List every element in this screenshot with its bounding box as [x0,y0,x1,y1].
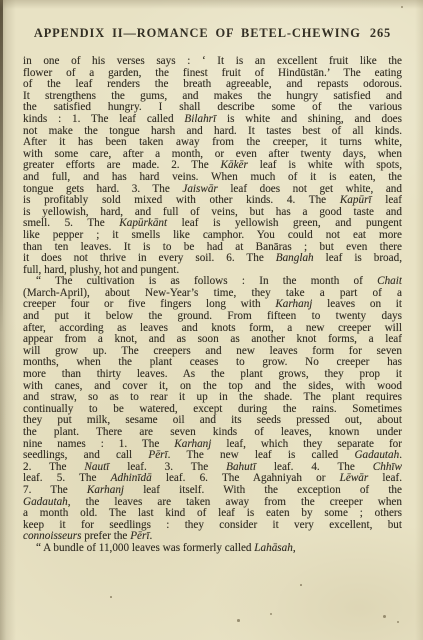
italic-term: Kapūrkānt [119,218,167,229]
text-line: is yellowish, hard, and full of veins, b… [23,207,402,219]
italic-term: connoisseurs [23,531,81,542]
italic-term: Adhinīdā [111,473,152,484]
text-segment: creeper four or five fingers long with [23,299,275,310]
text-line: smell. 5. The Kapūrkānt leaf is yellowis… [23,218,402,230]
text-segment: leaf itself. With the exception of the [124,485,402,496]
text-segment: leaf [372,195,402,206]
text-segment: . [399,450,402,461]
text-segment: , [293,543,296,554]
text-segment: prefer the [81,531,130,542]
text-line: is profitably sold mixed with other kind… [23,195,402,207]
text-line: “ The cultivation is as follows : In the… [23,276,402,288]
text-segment: flower of a garden, the finest fruit of … [23,68,402,79]
text-line: keep it for seedlings : they consider it… [23,520,402,532]
text-segment: it does not thrive in every soil. 6. The [23,253,276,264]
text-segment: “ The cultivation is as follows : In the… [36,276,377,287]
text-segment: like pepper ; it smells like camphor. Yo… [23,230,402,241]
text-line: the satisfied hungry. I shall describe s… [23,102,402,114]
text-line: like pepper ; it smells like camphor. Yo… [23,230,402,242]
italic-term: Gadautah [23,497,68,508]
text-segment: leaf is yellowish green, and pungent [167,218,402,229]
text-line: 7. The Karhanj leaf itself. With the exc… [23,485,402,497]
text-segment: leaf is white with spots, [248,160,402,171]
text-segment: keep it for seedlings : they consider it… [23,520,402,531]
text-line: nine names : 1. The Karhanj leaf, which … [23,439,402,451]
paragraph: “ A bundle of 11,000 leaves was formerly… [23,543,402,555]
text-segment: smell. 5. The [23,218,119,229]
text-line: It strengthens the gums, and makes the h… [23,91,402,103]
header-title: APPENDIX II—ROMANCE OF BETEL-CHEWING [34,26,361,41]
text-line: in one of his verses says : ‘ It is an e… [23,56,402,68]
text-line: not make the tongue harsh and hard. It t… [23,126,402,138]
text-line: seedlings, and call Pērī. The new leaf i… [23,450,402,462]
text-line: will grow up. The creepers and new leave… [23,346,402,358]
italic-term: Karhanj [275,299,312,310]
text-line: more than thirty leaves. As the plant gr… [23,369,402,381]
text-line: months, when the plant ceases to grow. N… [23,357,402,369]
italic-term: Pērī [130,531,149,542]
page-edge-shadow-right [415,0,423,640]
text-segment: “ A bundle of 11,000 leaves was formerly… [36,543,254,554]
text-line: connoisseurs prefer the Pērī. [23,531,402,543]
running-header: APPENDIX II—ROMANCE OF BETEL-CHEWING 265 [23,26,402,41]
page-edge-shadow-top [0,0,423,9]
page-binding-edge-line [0,0,3,333]
text-segment: tongue gets hard. 3. The [23,184,182,195]
text-segment: with some care, after a month, or even a… [23,149,402,160]
text-segment: seedlings, and call [23,450,148,461]
text-segment: . The new leaf is called [168,450,355,461]
italic-term: Lahāsah [254,543,293,554]
text-line: 2. The Nautī leaf. 3. The Bahutī leaf. 4… [23,462,402,474]
text-segment: is profitably sold mixed with other kind… [23,195,340,206]
text-line: the plant. There are seven kinds of leav… [23,427,402,439]
text-segment: in one of his verses says : ‘ It is an e… [23,56,402,67]
italic-term: Kapūrī [340,195,372,206]
text-segment: 7. The [23,485,87,496]
text-line: after, according as leaves and knots for… [23,323,402,335]
text-line: leaf. 5. The Adhinīdā leaf. 6. The Agahn… [23,473,402,485]
italic-term: Bilahrī [184,114,216,125]
text-segment: . [149,531,152,542]
text-segment: (March-April), about New-Year’s time, th… [23,288,402,299]
text-segment: leaf. 6. The Agahniyah or [152,473,340,484]
text-segment: with canes, and cover it, on the top and… [23,381,402,392]
paper-speck [270,613,272,615]
text-segment: greater efforts are made. 2. The [23,160,221,171]
italic-term: Chhīw [373,462,402,473]
text-segment: the plant. There are seven kinds of leav… [23,427,402,438]
text-segment: not make the tongue harsh and hard. It t… [23,126,402,137]
text-segment: of the leaf renders the breath agreeable… [23,79,402,90]
text-segment: leaf does not get white, and [218,184,402,195]
italic-term: Karhanj [174,439,211,450]
text-line: than ten leaves. It is to be had at Banā… [23,242,402,254]
paper-speck [383,615,386,618]
text-line: tongue gets hard. 3. The Jaiswār leaf do… [23,184,402,196]
text-segment: and put it below the ground. From fiftee… [23,311,402,322]
text-segment: kinds : 1. The leaf called [23,114,184,125]
text-segment: leaves on it [312,299,402,310]
italic-term: Banglah [276,253,314,264]
text-line: with some care, after a month, or even a… [23,149,402,161]
paper-speck [237,619,240,622]
text-line: of the leaf renders the breath agreeable… [23,79,402,91]
text-segment: and full, and has hard veins. When much … [23,172,402,183]
text-line: (March-April), about New-Year’s time, th… [23,288,402,300]
text-line: and straw, so as to rear it up in the sh… [23,392,402,404]
italic-term: Gadautah [354,450,399,461]
text-segment: months, when the plant ceases to grow. N… [23,357,402,368]
text-segment: is yellowish, hard, and full of veins, b… [23,207,402,218]
text-line: and put it below the ground. From fiftee… [23,311,402,323]
italic-term: Chait [377,276,402,287]
text-segment: , the leaves are taken away from the cre… [68,497,402,508]
paper-speck [110,596,112,598]
italic-term: Kākēr [221,160,248,171]
text-segment: continually to be watered, except during… [23,404,402,415]
page-body: in one of his verses says : ‘ It is an e… [23,56,402,555]
text-segment: full, hard, plushy, hot and pungent. [23,265,179,276]
text-line: greater efforts are made. 2. The Kākēr l… [23,160,402,172]
text-segment: is white and shining, and does [216,114,402,125]
paragraph: in one of his verses says : ‘ It is an e… [23,56,402,276]
text-segment: leaf, which they separate for [211,439,402,450]
text-segment: the satisfied hungry. I shall describe s… [23,102,402,113]
text-segment: they put milk, sesame oil and its seeds … [23,415,402,426]
paper-speck [401,6,403,8]
text-segment: leaf. 3. The [109,462,226,473]
text-segment: appear from a knot, and as soon as anoth… [23,334,402,345]
text-segment: after, according as leaves and knots for… [23,323,402,334]
text-segment: than ten leaves. It is to be had at Banā… [23,242,402,253]
text-line: flower of a garden, the finest fruit of … [23,68,402,80]
text-line: with canes, and cover it, on the top and… [23,381,402,393]
text-segment: leaf. 4. The [256,462,373,473]
text-line: kinds : 1. The leaf called Bilahrī is wh… [23,114,402,126]
text-segment: It strengthens the gums, and makes the h… [23,91,402,102]
italic-term: Pērī [148,450,167,461]
paper-speck [397,621,399,623]
text-line: continually to be watered, except during… [23,404,402,416]
text-segment: leaf. 5. The [23,473,111,484]
text-segment: After it has been taken away from the cr… [23,137,402,148]
text-line: full, hard, plushy, hot and pungent. [23,265,402,277]
text-line: Gadautah, the leaves are taken away from… [23,497,402,509]
page-edge-shadow-left [0,0,16,640]
text-line: it does not thrive in every soil. 6. The… [23,253,402,265]
text-segment: nine names : 1. The [23,439,174,450]
paragraph: “ The cultivation is as follows : In the… [23,276,402,543]
text-line: appear from a knot, and as soon as anoth… [23,334,402,346]
book-page: APPENDIX II—ROMANCE OF BETEL-CHEWING 265… [0,0,423,640]
text-line: “ A bundle of 11,000 leaves was formerly… [23,543,402,555]
text-line: a month old. The last kind of leaf is ea… [23,508,402,520]
italic-term: Nautī [84,462,109,473]
text-segment: and straw, so as to rear it up in the sh… [23,392,402,403]
paper-speck [300,584,302,586]
text-line: creeper four or five fingers long with K… [23,299,402,311]
text-segment: more than thirty leaves. As the plant gr… [23,369,402,380]
text-line: After it has been taken away from the cr… [23,137,402,149]
text-segment: a month old. The last kind of leaf is ea… [23,508,402,519]
text-segment: leaf is broad, [314,253,402,264]
text-line: they put milk, sesame oil and its seeds … [23,415,402,427]
page-number: 265 [370,26,391,41]
italic-term: Lēwār [340,473,369,484]
text-segment: 2. The [23,462,84,473]
text-segment: will grow up. The creepers and new leave… [23,346,402,357]
text-segment: leaf. [368,473,402,484]
italic-term: Karhanj [87,485,124,496]
text-line: and full, and has hard veins. When much … [23,172,402,184]
italic-term: Jaiswār [182,184,217,195]
italic-term: Bahutī [226,462,256,473]
